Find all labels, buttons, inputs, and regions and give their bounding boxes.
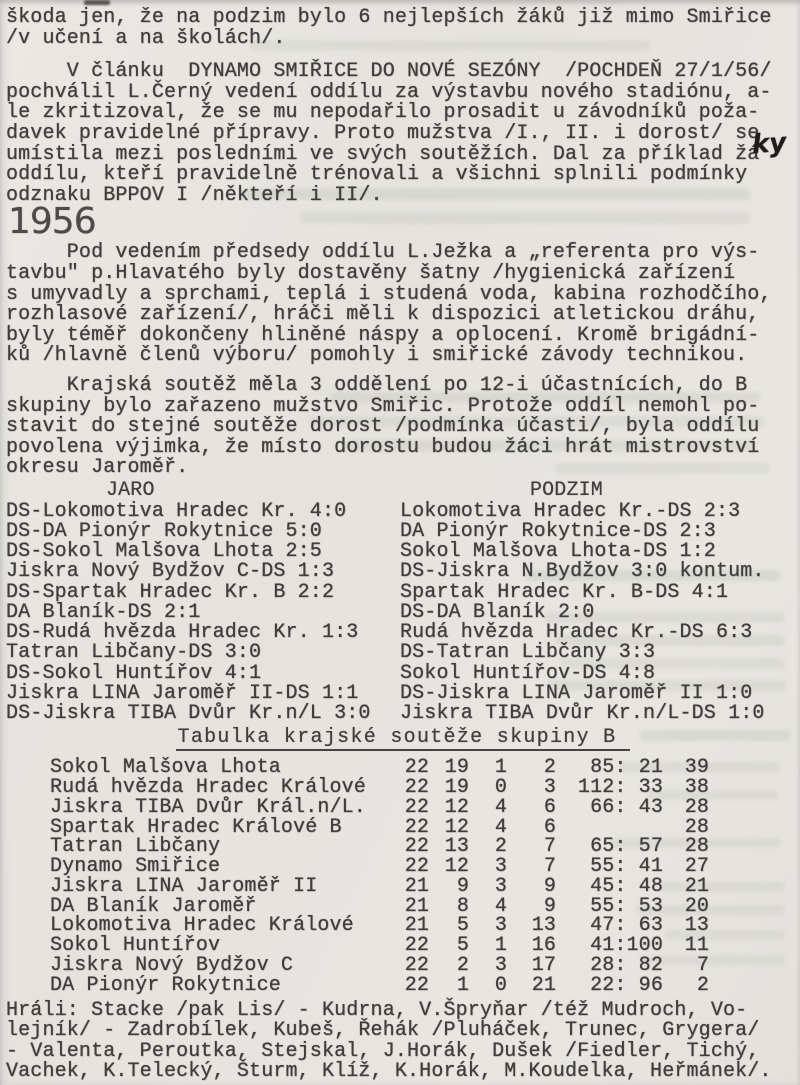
team-cell: Jiskra Nový Bydžov C <box>50 956 390 976</box>
draws-cell: 0 <box>469 976 507 996</box>
draws-cell: 3 <box>469 956 507 976</box>
points-cell: 39 <box>663 758 709 778</box>
autumn-results-header: PODZIM <box>400 481 800 501</box>
losses-cell: 17 <box>507 956 556 976</box>
games-cell: 22 <box>390 976 429 996</box>
team-cell: Sokol Malšova Lhota <box>50 758 390 778</box>
score-cell: 22: 96 <box>556 976 663 996</box>
table-row: Jiskra Nový Bydžov C 22 2 3 17 28: 82 7 <box>6 956 800 976</box>
draws-cell: 3 <box>469 857 507 877</box>
table-row: Rudá hvězda Hradec Králové 22 19 0 3 112… <box>6 778 800 798</box>
draws-cell: 3 <box>469 877 507 897</box>
standings-table: Sokol Malšova Lhota 22 19 1 2 85: 21 39 … <box>6 758 800 996</box>
losses-cell: 6 <box>507 798 556 818</box>
score-cell: 66: 43 <box>556 798 663 818</box>
wins-cell: 19 <box>429 758 469 778</box>
scanned-page: škoda jen, že na podzim bylo 6 nejlepšíc… <box>0 0 800 1085</box>
standings-title: Tabulka krajské soutěže skupiny B <box>176 727 631 751</box>
losses-cell: 3 <box>507 778 556 798</box>
table-row: Jiskra TIBA Dvůr Král.n/L. 22 12 4 6 66:… <box>6 798 800 818</box>
autumn-results-column: PODZIM Lokomotiva Hradec Kr.-DS 2:3 DA P… <box>400 481 800 724</box>
score-cell: 45: 48 <box>556 877 663 897</box>
year-heading: 1956 <box>8 204 800 240</box>
page-content: škoda jen, že na podzim bylo 6 nejlepšíc… <box>0 0 800 1083</box>
table-row: Dynamo Smiřice 22 12 3 7 55: 41 27 <box>6 857 800 877</box>
games-cell: 22 <box>390 857 429 877</box>
losses-cell: 21 <box>507 976 556 996</box>
table-row: DA Pionýr Rokytnice 22 1 0 21 22: 96 2 <box>6 976 800 996</box>
wins-cell: 12 <box>429 857 469 877</box>
spring-results-header: JARO <box>6 481 400 501</box>
wins-cell: 9 <box>429 877 469 897</box>
paragraph-article-pochoden: V článku DYNAMO SMIŘICE DO NOVÉ SEZÓNY /… <box>6 62 800 206</box>
score-cell: 55: 41 <box>556 857 663 877</box>
paragraph-stadium-construction: Pod vedením předsedy oddílu L.Ježka a „r… <box>6 243 800 367</box>
losses-cell: 9 <box>507 877 556 897</box>
handwritten-annotation: ky <box>751 128 787 160</box>
wins-cell: 1 <box>429 976 469 996</box>
points-cell: 2 <box>663 976 709 996</box>
points-cell: 27 <box>663 857 709 877</box>
points-cell: 28 <box>663 798 709 818</box>
team-cell: Dynamo Smiřice <box>50 857 390 877</box>
games-cell: 22 <box>390 956 429 976</box>
table-row: Sokol Malšova Lhota 22 19 1 2 85: 21 39 <box>6 758 800 778</box>
spring-results-column: JARO DS-Lokomotiva Hradec Kr. 4:0 DS-DA … <box>6 481 400 724</box>
score-cell: 85: 21 <box>556 758 663 778</box>
team-cell: Jiskra LINA Jaroměř II <box>50 877 390 897</box>
games-cell: 22 <box>390 758 429 778</box>
table-row: Jiskra LINA Jaroměř II 21 9 3 9 45: 48 2… <box>6 877 800 897</box>
score-cell: 112: 33 <box>556 778 663 798</box>
wins-cell: 12 <box>429 798 469 818</box>
games-cell: 22 <box>390 798 429 818</box>
points-cell: 21 <box>663 877 709 897</box>
games-cell: 21 <box>390 877 429 897</box>
score-cell: 28: 82 <box>556 956 663 976</box>
paragraph-best-pupils: škoda jen, že na podzim bylo 6 nejlepšíc… <box>6 8 800 49</box>
games-cell: 22 <box>390 778 429 798</box>
wins-cell: 19 <box>429 778 469 798</box>
points-cell: 38 <box>663 778 709 798</box>
draws-cell: 4 <box>469 798 507 818</box>
team-cell: Rudá hvězda Hradec Králové <box>50 778 390 798</box>
paragraph-regional-competition: Krajská soutěž měla 3 oddělení po 12-i ú… <box>6 376 800 479</box>
team-cell: Jiskra TIBA Dvůr Král.n/L. <box>50 798 390 818</box>
team-cell: DA Pionýr Rokytnice <box>50 976 390 996</box>
wins-cell: 2 <box>429 956 469 976</box>
paragraph-players: Hráli: Stacke /pak Lis/ - Kudrna, V.Špry… <box>6 1001 800 1083</box>
standings-title-row: Tabulka krajské soutěže skupiny B <box>6 727 800 751</box>
draws-cell: 0 <box>469 778 507 798</box>
losses-cell: 2 <box>507 758 556 778</box>
losses-cell: 7 <box>507 857 556 877</box>
draws-cell: 1 <box>469 758 507 778</box>
results-section: JARO DS-Lokomotiva Hradec Kr. 4:0 DS-DA … <box>6 481 800 724</box>
spring-results-list: DS-Lokomotiva Hradec Kr. 4:0 DS-DA Pioný… <box>6 502 400 724</box>
points-cell: 7 <box>663 956 709 976</box>
autumn-results-list: Lokomotiva Hradec Kr.-DS 2:3 DA Pionýr R… <box>400 502 800 724</box>
